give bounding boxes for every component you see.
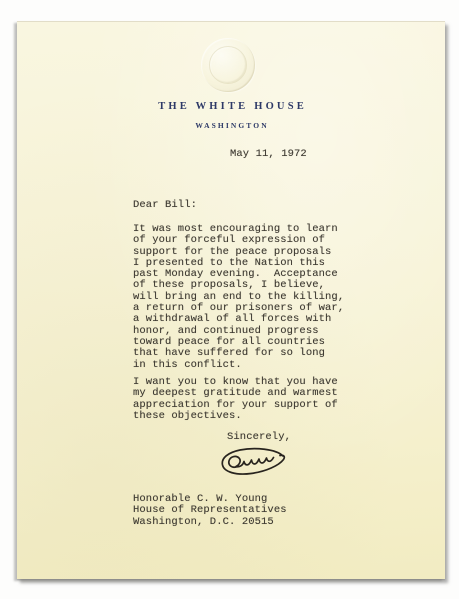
body-line: in this conflict. — [133, 360, 344, 371]
body-line: my deepest gratitude and warmest — [133, 388, 338, 399]
body-paragraph-1: It was most encouraging to learn of your… — [133, 224, 344, 371]
nixon-rn-signature — [219, 446, 295, 480]
recipient-line: House of Representatives — [133, 505, 287, 516]
body-line: of your forceful expression of — [133, 235, 344, 246]
letter-paper: THE WHITE HOUSE WASHINGTON May 11, 1972 … — [17, 21, 445, 579]
scanned-letter-photo: THE WHITE HOUSE WASHINGTON May 11, 1972 … — [0, 0, 459, 599]
salutation: Dear Bill: — [133, 200, 197, 211]
embossed-presidential-seal-icon — [201, 38, 255, 92]
recipient-address-block: Honorable C. W. Young House of Represent… — [133, 494, 287, 528]
closing: Sincerely, — [227, 432, 291, 443]
body-line: these objectives. — [133, 411, 338, 422]
date-line: May 11, 1972 — [230, 149, 307, 160]
body-line: a withdrawal of all forces with — [133, 314, 344, 325]
body-line: that have suffered for so long — [133, 348, 344, 359]
letterhead-title: THE WHITE HOUSE — [17, 101, 445, 112]
body-paragraph-2: I want you to know that you have my deep… — [133, 377, 338, 422]
recipient-line: Washington, D.C. 20515 — [133, 517, 287, 528]
letterhead-subtitle: WASHINGTON — [17, 121, 445, 130]
